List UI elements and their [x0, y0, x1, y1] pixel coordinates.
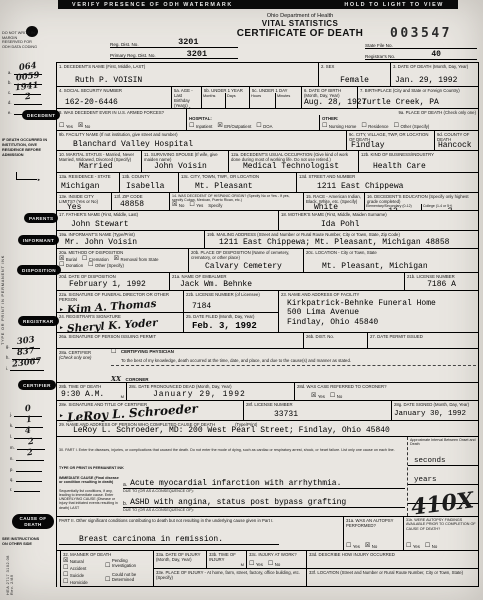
field-date-of-birth: 6. DATE OF BIRTH (Month, Day, Year)Aug. … — [302, 87, 358, 109]
checkbox-donation: ☐Donation — [59, 262, 83, 268]
field-value: Isabella — [122, 183, 176, 191]
checkbox-icon: ☐ — [322, 123, 327, 129]
checkbox-yes: ☐Yes — [406, 543, 420, 549]
interval-value-a: seconds — [408, 457, 446, 465]
checkbox-natural: ☒Natural — [63, 558, 100, 564]
checkbox-icon: ☒ — [217, 123, 222, 129]
checkbox-other: ☐Other (Specify) — [394, 123, 430, 129]
field-ssn: 4. SOCIAL SECURITY NUMBER162-20-6446 — [57, 87, 172, 109]
field-value: Mt. Pleasant — [181, 183, 294, 191]
field-value: Ida Pohl — [281, 221, 476, 229]
field-value: 1211 East Chippewa — [299, 183, 476, 191]
field-value: 9:30 A.M. — [59, 391, 104, 399]
field-value: January 29, 1992 — [129, 391, 292, 399]
immediate-cause-label: IMMEDIATE CAUSE (Final disease or condit… — [59, 476, 121, 485]
field-registrar-signature: 24. REGISTRAR'S SIGNATURE ►Sheryl K. Yod… — [57, 313, 184, 333]
section-tab-cause-of-death: CAUSE OF DEATH — [12, 514, 54, 529]
field-value: Married — [59, 163, 139, 171]
field-date-filed: 25. DATE FILED (Month, Day, Year)Feb. 3,… — [184, 313, 279, 333]
field-value: Mt. Pleasant, Michigan — [306, 263, 476, 271]
field-under-1-day: 5c. UNDER 1 DAYHoursMinutes — [250, 87, 302, 109]
signature-arrow-icon: ► — [59, 413, 64, 419]
field-date-of-death: 3. DATE OF DEATH (Month, Day, Year)Jan. … — [391, 63, 479, 87]
checkbox-icon: ☐ — [105, 577, 110, 583]
cause-line-a: a.Acute myocardial infarction with arrhy… — [123, 475, 405, 489]
state-file-label: State File No. — [365, 43, 393, 48]
am-pm-mark: M — [121, 394, 124, 399]
checkbox-icon: ☐ — [59, 123, 64, 129]
checkbox-icon: ☐ — [268, 561, 273, 567]
interval-header: Approximate Interval Between Onset and D… — [408, 437, 478, 452]
field-value: January 30, 1992 — [394, 411, 476, 419]
field-value: 1211 East Chippewa; Mt. Pleasant, Michig… — [207, 239, 476, 247]
field-informant-address: 19b. MAILING ADDRESS (Street and Number … — [205, 231, 479, 249]
checkbox-homicide: ☐Homicide — [63, 579, 100, 585]
field-value: 500 Lima Avenue — [281, 309, 476, 317]
field-value: Aug. 28, 1927 — [304, 99, 355, 107]
arrow-icon — [16, 172, 37, 180]
place-of-death-other: OTHER: ☐Nursing Home☐Residence☐Other (Sp… — [320, 115, 478, 130]
field-cause-completed-by: 29. NAME AND ADDRESS OF PERSON WHO COMPL… — [57, 421, 479, 437]
field-autopsy-findings: 31b. WERE AUTOPSY FINDINGS AVAILABLE PRI… — [404, 517, 479, 551]
margin-permanent-ink-note: TYPE OR PRINT IN PERMANENT INK — [1, 235, 5, 345]
field-cause-of-death-part1: 30. PART I. Enter the diseases, injuries… — [57, 437, 479, 517]
section-tab-parents: PARENTS — [24, 213, 58, 223]
field-inside-city-limits: 13e. INSIDE CITY LIMITS? (Yes or No)Yes — [57, 193, 112, 211]
field-value: 33731 — [246, 411, 389, 419]
signature: Sheryl K. Yoder — [67, 317, 158, 334]
field-residence-state: 13a. RESIDENCE - STATEMichigan — [57, 173, 120, 193]
field-autopsy-performed: 31a. WAS AN AUTOPSY PERFORMED? ☐Yes☒No — [344, 517, 404, 551]
field-date-of-disposition: 20d. DATE OF DISPOSITIONFebruary 1, 1992 — [57, 273, 170, 291]
field-value: Hancock — [437, 142, 476, 150]
field-father-name: 17. FATHER'S NAME (First, Middle, Last)J… — [57, 211, 279, 231]
field-place-of-injury: 33e. PLACE OF INJURY - At home, farm, st… — [154, 569, 307, 587]
checkbox-no: ☐No — [330, 393, 342, 399]
checkbox-icon: ☐ — [88, 262, 93, 268]
checkbox-suicide: ☐Suicide — [63, 572, 100, 578]
watermark-banner-right: HOLD TO LIGHT TO VIEW — [344, 2, 444, 8]
checkbox-other: ☐Other (Specify) — [88, 262, 124, 268]
margin-residence-note: IF DEATH OCCURRED IN INSTITUTION, GIVE R… — [2, 138, 52, 158]
state-file-number-stamp: 003547 — [365, 26, 477, 41]
sequential-conditions-label: Sequentially list conditions, if any, le… — [59, 489, 121, 510]
field-date-of-injury: 33a. DATE OF INJURY (Month, Day, Year) — [154, 551, 207, 569]
field-value: John Stewart — [59, 221, 276, 229]
checkbox-icon: ☐ — [63, 572, 68, 578]
field-value: Feb. 3, 1992 — [186, 322, 276, 331]
field-value: Findlay — [349, 142, 432, 150]
field-value: February 1, 1992 — [59, 281, 167, 289]
checkbox-icon: ☐ — [256, 123, 261, 129]
am-pm-mark: M — [209, 562, 244, 567]
checkbox-no: ☒No — [78, 123, 90, 129]
field-zip-code: 13f. ZIP CODE48858 — [112, 193, 170, 211]
margin-do-not-write: DO NOT WRITE IN MARGIN RESERVED FOR ODH … — [2, 31, 38, 50]
field-value: Blanchard Valley Hospital — [59, 141, 344, 149]
checkbox-doa: ☐DOA — [256, 123, 272, 129]
field-permit-signature: 26a. SIGNATURE OF PERSON ISSUING PERMIT► — [57, 333, 304, 349]
checkbox-icon: ☐ — [105, 563, 110, 569]
field-informant-name: 19a. INFORMANT'S NAME (Type/Print)Mr. Jo… — [57, 231, 205, 249]
checkbox-icon: ☐ — [394, 123, 399, 129]
section-tab-certifier: CERTIFIER — [18, 380, 56, 390]
certificate-form: 1. DECEDENT'S NAME (First, Middle, LAST)… — [56, 62, 479, 587]
field-mother-name: 18. MOTHER'S NAME (First, Middle, Maiden… — [279, 211, 479, 231]
signature-arrow-icon: ► — [59, 307, 64, 313]
checkbox-icon: ☐ — [111, 349, 116, 355]
field-city-of-death: 9c. CITY, VILLAGE, TWP, OR LOCATION OF D… — [347, 131, 435, 151]
field-certifier-signature: 28e. SIGNATURE AND TITLE OF CERTIFIER ►L… — [57, 401, 244, 421]
field-value: Breast carcinoma in remission. — [59, 536, 279, 545]
field-value: 162-20-6446 — [59, 99, 169, 107]
field-permit-district: 26b. DIST. No. — [304, 333, 368, 349]
field-value: Jan. 29, 1992 — [393, 77, 476, 85]
field-usual-occupation: 12a. DECEDENT'S USUAL OCCUPATION (Give k… — [229, 151, 359, 173]
section-tab-decedent: DECEDENT — [22, 110, 60, 120]
margin-code-line: i.23067 — [6, 352, 44, 371]
checkbox-inpatient: ☐Inpatient — [189, 123, 212, 129]
checkbox-nursing-home: ☐Nursing Home — [322, 123, 356, 129]
field-cause-of-death-part2: PART II. Other significant conditions co… — [57, 517, 344, 551]
field-describe-injury: 33d. DESCRIBE HOW INJURY OCCURRED — [307, 551, 479, 569]
section-tab-informant: INFORMANT — [18, 235, 59, 245]
field-method-of-disposition: 20a. METHOD OF DISPOSITION ☒Burial ☐Crem… — [57, 249, 189, 273]
checkbox-icon: ☒ — [365, 543, 370, 549]
field-county-of-death: 9d. COUNTY OF DEATHHancock — [435, 131, 479, 151]
field-facility-name-address: 23. NAME AND ADDRESS OF FACILITY Kirkpat… — [279, 291, 479, 333]
watermark-banner: VERIFY PRESENCE OF ODH WATERMARK HOLD TO… — [58, 0, 458, 9]
field-value: 48858 — [114, 201, 167, 209]
registrar-no-value: 40 — [395, 51, 477, 59]
field-place-of-death: 9a. PLACE OF DEATH (Check only one) HOSP… — [187, 109, 479, 131]
cause-line-b: b.ASHD with angina, status post bypass g… — [123, 495, 405, 508]
checkbox-no: ☐No — [425, 543, 437, 549]
checkbox-icon: ☐ — [189, 202, 194, 208]
margin-code-line: r. — [10, 473, 40, 492]
field-marital-status: 10. MARITAL STATUS - Married, Never Marr… — [57, 151, 142, 173]
field-race: 15. RACE - American Indian, Black, White… — [304, 193, 365, 211]
field-value: Medical Technologist — [231, 163, 356, 171]
field-value: 7186 A — [407, 281, 476, 289]
checkbox-residence: ☐Residence — [361, 123, 388, 129]
field-value: Calvary Cemetery — [191, 263, 301, 271]
checkbox-yes: ☐Yes — [249, 561, 263, 567]
checkbox-pending-investigation: ☐Pending Investigation — [105, 559, 146, 568]
field-value: Michigan — [59, 183, 117, 191]
checkbox-yes: ☐Yes — [346, 543, 360, 549]
field-value: Ruth P. VOISIN — [59, 77, 316, 85]
field-value: Findlay, Ohio 45840 — [281, 319, 476, 327]
checkbox-er-outpatient: ☒ER/Outpatient — [217, 123, 251, 129]
checkbox-yes: ☐Yes — [59, 123, 73, 129]
checkbox-yes: ☒Yes — [311, 393, 325, 399]
checkbox-x-mark: XX — [111, 375, 121, 383]
field-time-of-injury: 33b. TIME OF INJURYM — [207, 551, 247, 569]
checkbox-icon: ☐ — [63, 565, 68, 571]
field-age: 5a. AGE - Last Birthday (Years)64 — [172, 87, 202, 109]
field-embalmer-license: 21b. LICENSE NUMBER7186 A — [405, 273, 479, 291]
field-date-permit-issued: 27. DATE PERMIT ISSUED — [368, 333, 479, 349]
checkbox-no: ☒No — [172, 202, 184, 208]
checkbox-icon: ☐ — [63, 579, 68, 585]
checkbox-icon: ☐ — [346, 543, 351, 549]
section-tab-disposition: DISPOSITION — [17, 265, 61, 275]
field-residence-county: 13b. COUNTYIsabella — [120, 173, 179, 193]
field-manner-of-death: 32. MANNER OF DEATH ☒Natural ☐Accident ☐… — [60, 551, 154, 587]
checkbox-icon: ☐ — [59, 262, 64, 268]
field-under-1-year: 5b. UNDER 1 YEARMonthsDays — [202, 87, 250, 109]
field-residence-street: 13d. STREET AND NUMBER1211 East Chippewa — [297, 173, 479, 193]
field-funeral-director-license: 22b. LICENSE NUMBER (of Licensee)7184 — [184, 291, 279, 313]
checkbox-icon: ☐ — [189, 123, 194, 129]
field-embalmer-name: 21a. NAME OF EMBALMERJack Wm. Behnke — [170, 273, 405, 291]
field-value: Health Care — [361, 163, 476, 171]
field-value: Jack Wm. Behnke — [172, 281, 402, 289]
death-certificate-scan: VERIFY PRESENCE OF ODH WATERMARK HOLD TO… — [0, 0, 483, 600]
field-value: ASHD with angina, status post bypass gra… — [130, 499, 346, 507]
registrar-no-label: Registrar's No. — [365, 54, 395, 59]
field-value: Yes — [59, 204, 109, 211]
field-value: Female — [321, 77, 388, 85]
field-value: Mr. John Voisin — [59, 239, 202, 247]
form-number: HEA 2717 3102.08 Rev. 2/89 — [6, 545, 14, 595]
checkbox-accident: ☐Accident — [63, 565, 100, 571]
handwritten-code: 23067 — [10, 357, 44, 370]
field-referred-to-coroner: 28d. WAS CASE REFERRED TO CORONER? ☒Yes☐… — [295, 383, 479, 401]
field-sex: 2. SEXFemale — [319, 63, 391, 87]
file-number-block: 003547 State File No. Registrar's No.40 — [365, 26, 477, 60]
field-decedent-name: 1. DECEDENT'S NAME (First, Middle, LAST)… — [57, 63, 319, 87]
field-hispanic-origin: 14. WAS DECEDENT OF HISPANIC ORIGIN? (Sp… — [170, 193, 304, 211]
field-place-of-disposition: 20b. PLACE OF DISPOSITION (Name of cemet… — [189, 249, 304, 273]
checkbox-could-not-be-determined: ☐Could not be Determined — [105, 573, 146, 582]
field-date-signed: 28g. DATE SIGNED (Month, Day, Year)Janua… — [392, 401, 479, 421]
interval-value-b: years — [408, 476, 437, 484]
place-of-death-hospital: HOSPITAL: ☐Inpatient☒ER/Outpatient☐DOA — [187, 115, 320, 130]
signature-arrow-icon: ► — [59, 325, 64, 331]
checkbox-no: ☐No — [268, 561, 280, 567]
checkbox-yes: ☐Yes — [189, 202, 203, 208]
field-surviving-spouse: 11. SURVIVING SPOUSE (If wife, give maid… — [142, 151, 229, 173]
checkbox-icon: ☐ — [249, 561, 254, 567]
checkbox-icon: ☒ — [172, 202, 177, 208]
field-value: 7184 — [186, 303, 276, 311]
field-value: John Voisin — [144, 163, 226, 171]
checkbox-icon: ☐ — [425, 543, 430, 549]
field-certifier: 28a. CERTIFIER(Check only one) ☐ CERTIFY… — [57, 349, 479, 383]
reg-dist-label: Reg. Dist. No. — [110, 42, 139, 47]
field-education: 16. DECEDENT'S EDUCATION (Specify only h… — [365, 193, 479, 211]
field-armed-forces: 8. WAS DECEDENT EVER IN U.S. ARMED FORCE… — [57, 109, 187, 131]
field-value: LeRoy L. Schroeder, MD: 200 West Pearl S… — [59, 427, 476, 435]
field-birthplace: 7. BIRTHPLACE (City and State or Foreign… — [358, 87, 479, 109]
field-value: Acute myocardial infarction with arrhyth… — [130, 480, 341, 488]
primary-reg-dist-label: Primary Reg. Dist. No. — [110, 53, 156, 58]
field-injury-at-work: 33c. INJURY AT WORK? ☐Yes☐No — [247, 551, 307, 569]
watermark-banner-left: VERIFY PRESENCE OF ODH WATERMARK — [72, 2, 233, 8]
field-value: White — [306, 204, 362, 211]
field-injury-location: 33f. LOCATION (Street and Number or Rura… — [307, 569, 479, 587]
checkbox-icon: ☒ — [311, 393, 316, 399]
field-certifier-license: 28f. LICENSE NUMBER33731 — [244, 401, 392, 421]
checkbox-icon: ☐ — [330, 393, 335, 399]
divider — [111, 365, 476, 366]
field-value: Turtle Creek, PA — [360, 99, 476, 107]
field-value: Kirkpatrick-Behnke Funeral Home — [281, 300, 476, 308]
primary-reg-dist-value: 3201 — [156, 50, 238, 59]
checkbox-icon: ☐ — [406, 543, 411, 549]
field-facility-name: 9b. FACILITY NAME (If not institution, g… — [57, 131, 347, 151]
field-funeral-director-signature: 22a. SIGNATURE OF FUNERAL DIRECTOR OR OT… — [57, 291, 184, 313]
registration-district-block: Reg. Dist. No.3201 Primary Reg. Dist. No… — [110, 38, 238, 61]
field-residence-city: 13c. CITY, TOWN, TWP., OR LOCATIONMt. Pl… — [179, 173, 297, 193]
field-disposition-location: 20c. LOCATION - City or Town, StateMt. P… — [304, 249, 479, 273]
section-tab-registrar: REGISTRAR — [18, 316, 59, 326]
reg-dist-value: 3201 — [139, 38, 238, 47]
checkbox-icon: ☐ — [361, 123, 366, 129]
field-business-industry: 12b. KIND OF BUSINESS/INDUSTRYHealth Car… — [359, 151, 479, 173]
checkbox-icon: ☒ — [78, 123, 83, 129]
field-date-pronounced-dead: 28c. DATE PRONOUNCED DEAD (Month, Day, Y… — [127, 383, 295, 401]
checkbox-no: ☒No — [365, 543, 377, 549]
field-time-of-death: 28b. TIME OF DEATH 9:30 A.M.M — [57, 383, 127, 401]
checkbox-icon: ☒ — [63, 558, 68, 564]
